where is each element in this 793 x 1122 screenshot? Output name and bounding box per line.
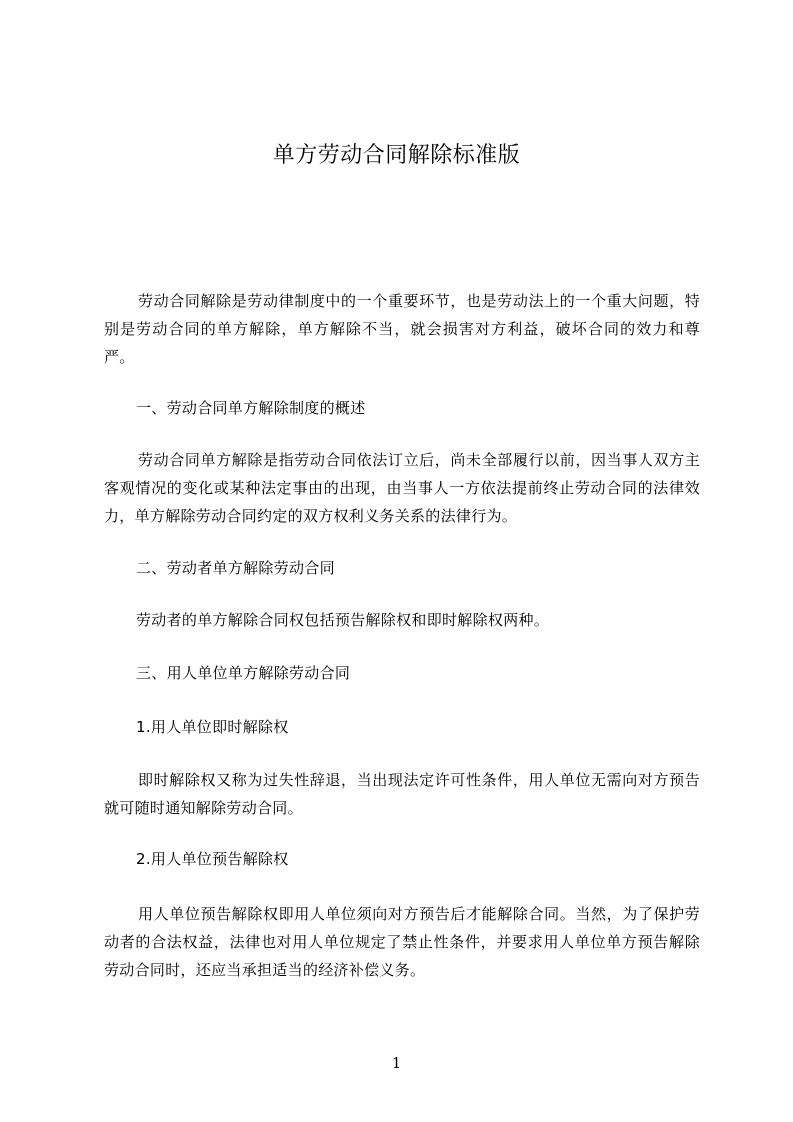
subsection-2-body: 用人单位预告解除权即用人单位须向对方预告后才能解除合同。当然，为了保护劳动者的合… <box>104 900 700 984</box>
subsection-1-body: 即时解除权又称为过失性辞退，当出现法定许可性条件，用人单位无需向对方预告就可随时… <box>104 766 700 822</box>
section-2-body: 劳动者的单方解除合同权包括预告解除权和即时解除权两种。 <box>136 606 696 634</box>
section-1-heading: 一、劳动合同单方解除制度的概述 <box>136 394 696 422</box>
section-2-heading: 二、劳动者单方解除劳动合同 <box>136 554 696 582</box>
document-title: 单方劳动合同解除标准版 <box>0 140 793 172</box>
subsection-2-heading: 2.用人单位预告解除权 <box>136 845 696 873</box>
subsection-1-heading: 1.用人单位即时解除权 <box>136 713 696 741</box>
page-number: 1 <box>0 1054 793 1072</box>
intro-paragraph: 劳动合同解除是劳动律制度中的一个重要环节，也是劳动法上的一个重大问题，特别是劳动… <box>104 287 700 371</box>
section-3-heading: 三、用人单位单方解除劳动合同 <box>136 659 696 687</box>
section-1-body: 劳动合同单方解除是指劳动合同依法订立后，尚未全部履行以前，因当事人双方主客观情况… <box>104 446 700 530</box>
document-page: 单方劳动合同解除标准版 劳动合同解除是劳动律制度中的一个重要环节，也是劳动法上的… <box>0 0 793 1122</box>
